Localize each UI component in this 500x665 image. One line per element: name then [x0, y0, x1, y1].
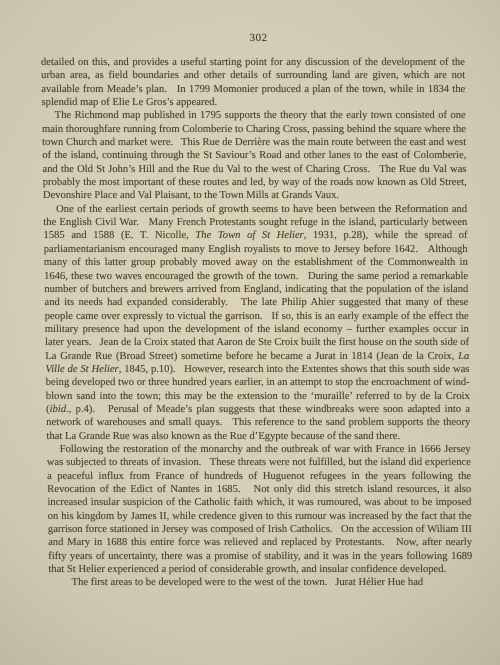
italic-text: The Town of St Helier — [195, 230, 304, 241]
paragraph: The first areas to be developed were to … — [49, 576, 473, 589]
paragraph: The Richmond map published in 1795 suppo… — [42, 109, 467, 202]
text-run: The Richmond map published in 1795 suppo… — [42, 110, 470, 201]
text-run: , 1931, p.28), while the spread of parli… — [44, 230, 472, 361]
body-text: detailed on this, and provides a useful … — [41, 56, 473, 590]
text-run: Following the restoration of the monarch… — [47, 444, 475, 575]
text-run: ., p.4). Perusal of Meade’s plan suggest… — [46, 404, 473, 442]
paragraph: One of the earliest certain periods of g… — [43, 203, 471, 443]
page-content: 302 detailed on this, and provides a use… — [0, 0, 500, 665]
paragraph: detailed on this, and provides a useful … — [41, 56, 466, 109]
text-run: detailed on this, and provides a useful … — [41, 57, 468, 108]
scanned-book-page: 302 detailed on this, and provides a use… — [0, 0, 500, 665]
italic-text: ibid — [50, 404, 67, 415]
page-number: 302 — [0, 32, 500, 44]
paragraph: Following the restoration of the monarch… — [47, 443, 473, 576]
text-run: The first areas to be developed were to … — [72, 577, 424, 588]
